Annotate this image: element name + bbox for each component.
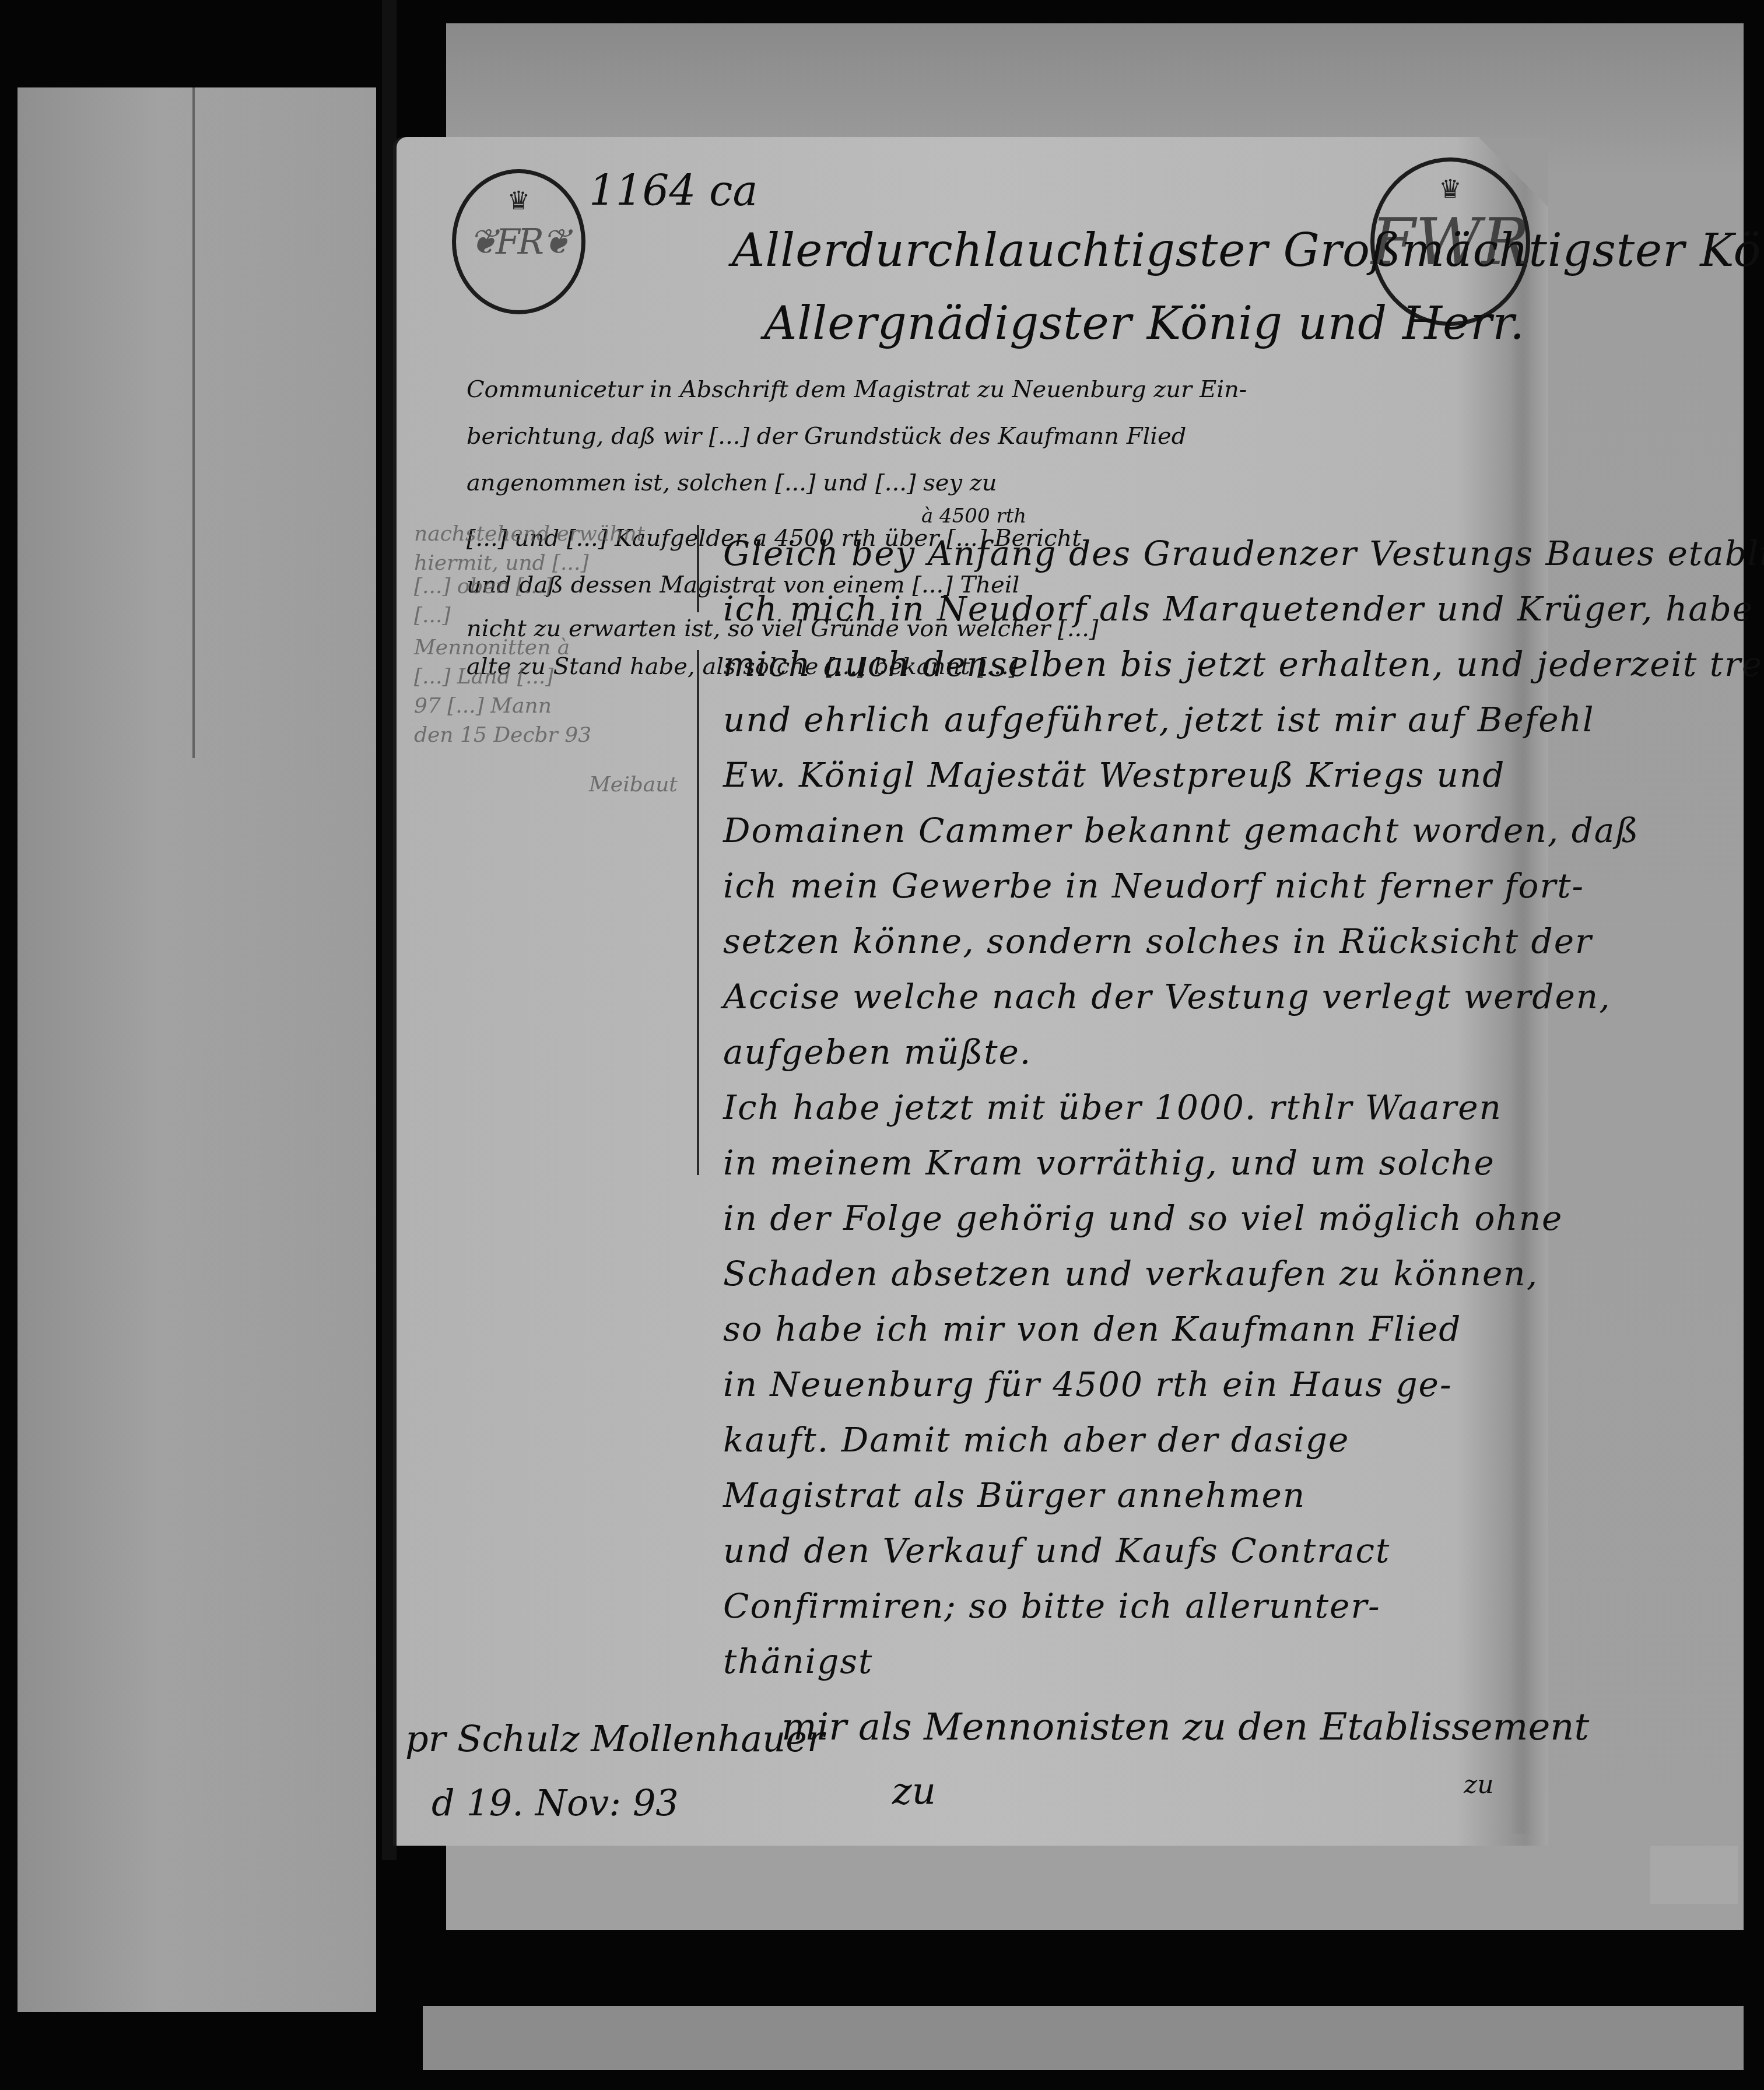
body-line: in meinem Kram vorräthig, und um solche	[723, 1143, 1495, 1183]
body-line: ich mein Gewerbe in Neudorf nicht ferner…	[723, 866, 1584, 906]
margin-bracket	[697, 525, 699, 612]
signature-line-1: pr Schulz Mollenhauer	[405, 1717, 825, 1760]
margin-note: nachstehend erwähnt	[414, 522, 645, 546]
closing-line: mir als Mennonisten zu den Etablissement	[781, 1706, 1589, 1749]
corner-paper-patch	[1650, 1846, 1738, 1904]
margin-note: [...] Land [...]	[414, 665, 553, 689]
back-sheet-left	[17, 87, 376, 2012]
main-document-page: ♛ ❦FR❦ ♛ FWR 1164 ca Allerdurchlauchtigs…	[397, 137, 1548, 1846]
body-line: Ich habe jetzt mit über 1000. rthlr Waar…	[723, 1088, 1502, 1127]
body-line: und den Verkauf und Kaufs Contract	[723, 1531, 1390, 1570]
body-line: thänigst	[723, 1642, 873, 1681]
body-line: Schaden absetzen und verkaufen zu können…	[723, 1254, 1538, 1293]
body-line: Accise welche nach der Vestung verlegt w…	[723, 977, 1611, 1016]
body-line: ich mich in Neudorf als Marquetender und…	[723, 589, 1754, 629]
body-line: in der Folge gehörig und so viel möglich…	[723, 1198, 1563, 1238]
body-line: kauft. Damit mich aber der dasige	[723, 1420, 1349, 1460]
body-line: so habe ich mir von den Kaufmann Flied	[723, 1309, 1461, 1349]
salutation-line-2: Allergnädigster König und Herr.	[764, 297, 1525, 350]
paper-crease	[192, 87, 195, 758]
pre-paragraph-line: berichtung, daß wir [...] der Grundstück…	[467, 423, 1186, 450]
page-marker: zu	[892, 1770, 936, 1813]
body-line: Magistrat als Bürger annehmen	[723, 1475, 1306, 1515]
pre-paragraph-line: angenommen ist, solchen [...] und [...] …	[467, 469, 997, 496]
margin-note: hiermit, und [...]	[414, 551, 589, 575]
binding-shadow	[382, 0, 397, 1860]
seal-stamp-left: ♛ ❦FR❦	[452, 169, 585, 314]
salutation-line-1: Allerdurchlauchtigster Großmächtigster K…	[732, 225, 1764, 277]
margin-bracket	[697, 650, 699, 1175]
marginal-amount: à 4500 rth	[921, 504, 1026, 528]
monogram-fr-icon: ❦FR❦	[456, 173, 581, 310]
body-line: Confirmiren; so bitte ich allerunter-	[723, 1586, 1381, 1626]
body-line: Gleich bey Anfang des Graudenzer Vestung…	[723, 534, 1764, 573]
signature-date: d 19. Nov: 93	[432, 1782, 679, 1824]
margin-note: Meibaut	[589, 773, 678, 797]
archive-number: 1164 ca	[589, 166, 757, 215]
margin-note: den 15 Decbr 93	[414, 723, 591, 747]
bottom-paper-strip	[423, 2006, 1744, 2070]
margin-note: 97 [...] Mann	[414, 694, 552, 718]
body-line: setzen könne, sondern solches in Rücksic…	[723, 921, 1593, 961]
body-line: in Neuenburg für 4500 rth ein Haus ge-	[723, 1365, 1453, 1404]
body-line: Ew. Königl Majestät Westpreuß Kriegs und	[723, 755, 1505, 795]
catchword: zu	[1464, 1770, 1494, 1800]
margin-note: [...]	[414, 604, 450, 627]
margin-note: [...] oben [...]	[414, 574, 552, 598]
page-edge-shadow	[1510, 225, 1531, 1834]
body-line: mich auch denselben bis jetzt erhalten, …	[723, 644, 1764, 684]
body-line: aufgeben müßte.	[723, 1032, 1032, 1072]
body-line: Domainen Cammer bekannt gemacht worden, …	[723, 811, 1639, 850]
pre-paragraph-line: Communicetur in Abschrift dem Magistrat …	[467, 376, 1247, 403]
body-line: und ehrlich aufgeführet, jetzt ist mir a…	[723, 700, 1594, 739]
margin-note: Mennonitten à	[414, 636, 570, 660]
